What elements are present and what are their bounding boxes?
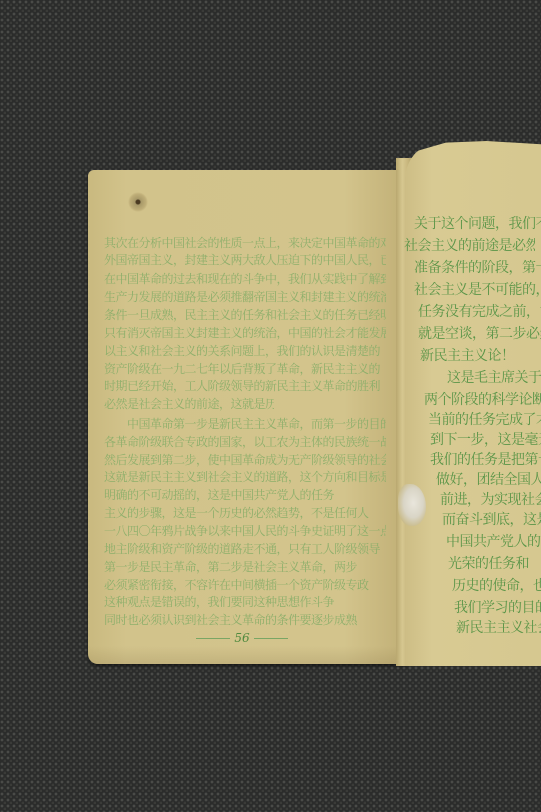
text-line: 而奋斗到底，这是 — [442, 510, 541, 530]
text-line: 一八四〇年鸦片战争以来中国人民的斗争史证明了这一点 — [104, 523, 386, 539]
text-line: 这就是新民主主义到社会主义的道路，这个方向和目标是 — [104, 469, 386, 485]
text-line: 社会主义的前途是必然的，现在还只是 — [404, 236, 535, 256]
text-line: 到下一步，这是毫无疑义的 — [430, 430, 541, 450]
text-line: 条件一旦成熟，民主主义的任务和社会主义的任务已经明了 — [104, 307, 386, 323]
page-number-dash-left — [196, 638, 230, 639]
text-line: 准备条件的阶段，第一步就实现 — [414, 258, 541, 278]
text-line: 这种观点是错误的，我们要同这种思想作斗争 — [104, 594, 386, 610]
text-line: 我们的任务是把第一步 — [430, 450, 541, 470]
text-line: 明确的不可动摇的，这是中国共产党人的任务 — [104, 487, 386, 503]
text-line: 当前的任务完成了才能进 — [428, 410, 541, 430]
text-line: 这是毛主席关于中国革命 — [420, 368, 541, 388]
text-line: 就是空谈，第二步必然到来的 — [418, 324, 541, 344]
text-line: 外国帝国主义，封建主义两大敌人压迫下的中国人民，已经到了 — [104, 252, 386, 268]
book-spread: 其次在分析中国社会的性质一点上，来决定中国革命的对象和性质 外国帝国主义，封建主… — [0, 0, 541, 812]
text-line: 新民主主义社会的 — [456, 618, 541, 638]
text-line: 我们学习的目的 — [454, 598, 541, 618]
text-line: 两个阶段的科学论断，只有 — [424, 390, 541, 410]
text-line: 时期已经开始，工人阶级领导的新民主主义革命的胜利 — [104, 378, 386, 394]
text-line: 必须紧密衔接，不容许在中间横插一个资产阶级专政 — [104, 577, 386, 593]
text-line: 资产阶级在一九二七年以后背叛了革命，新民主主义的 — [104, 361, 386, 377]
text-line: 关于这个问题，我们不能简单地说 — [414, 214, 541, 234]
text-line: 任务没有完成之前，谈社会主义 — [418, 302, 541, 322]
text-line: 社会主义是不可能的，民主主义的 — [414, 280, 541, 300]
text-line: 以主义和社会主义的关系问题上，我们的认识是清楚的 — [104, 343, 386, 359]
text-line: 主义的步骤，这是一个历史的必然趋势，不是任何人 — [104, 505, 386, 521]
text-line: 做好，团结全国人民一道 — [436, 470, 541, 490]
text-line: 其次在分析中国社会的性质一点上，来决定中国革命的对象和性质 — [104, 235, 386, 251]
page-number-dash-right — [254, 638, 288, 639]
ink-stain — [128, 192, 148, 212]
text-line: 新民主主义论！ — [420, 346, 541, 366]
page-number-value: 56 — [234, 631, 249, 645]
text-line: 只有消灭帝国主义封建主义的统治，中国的社会才能发展 — [104, 325, 386, 341]
text-line: 然后发展到第二步，使中国革命成为无产阶级领导的社会主义 — [104, 452, 386, 468]
page-number: 56 — [190, 631, 294, 645]
text-line: 生产力发展的道路是必须推翻帝国主义和封建主义的统治 — [104, 289, 386, 305]
text-line: 各革命阶级联合专政的国家，以工农为主体的民族统一战线 — [104, 434, 386, 450]
text-line: 在中国革命的过去和现在的斗争中，我们从实践中了解到一个 — [104, 271, 386, 287]
paper-tear — [398, 484, 426, 526]
text-line: 历史的使命，也是 — [452, 576, 541, 596]
text-line: 中国共产党人的 — [446, 532, 541, 552]
text-line: 中国革命第一步是新民主主义革命，而第一步的目的是建立 — [104, 416, 386, 432]
text-line: 第一步是民主革命，第二步是社会主义革命，两步 — [104, 559, 386, 575]
text-line: 必然是社会主义的前途，这就是历史的结论 — [104, 396, 274, 412]
text-line: 前进，为实现社会主义 — [440, 490, 541, 510]
text-line: 光荣的任务和 — [448, 554, 541, 574]
text-line: 地主阶级和资产阶级的道路走不通，只有工人阶级领导 — [104, 541, 386, 557]
